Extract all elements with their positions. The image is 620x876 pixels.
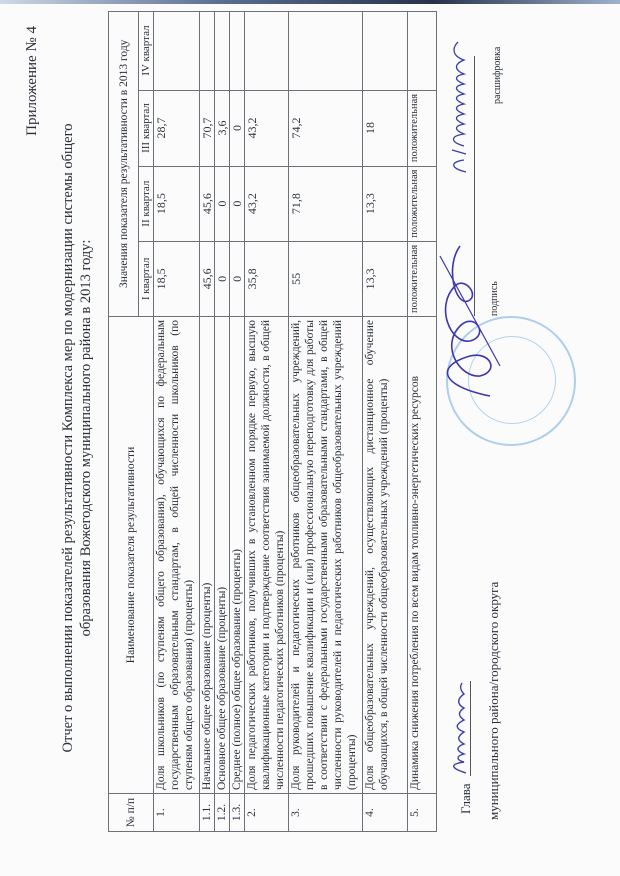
row-q2: 13,3 <box>363 166 408 241</box>
row-name: Доля общеобразовательных учреждений, осу… <box>363 317 408 794</box>
appendix-label: Приложение № 4 <box>24 26 41 176</box>
row-name: Среднее (полное) общее образование (проц… <box>230 317 245 794</box>
table-row: 1.2. Основное общее образование (процент… <box>215 11 230 831</box>
col-header-q1: I квартал <box>139 241 154 316</box>
table-row: 1.1. Начальное общее образование (процен… <box>200 11 215 831</box>
col-header-q4: IV квартал <box>139 11 154 90</box>
row-q2: 45,6 <box>200 166 215 241</box>
signature-icon <box>430 226 510 406</box>
document-page: Приложение № 4 Отчет о выполнении показа… <box>0 0 620 876</box>
row-name: Начальное общее образование (проценты) <box>200 317 215 794</box>
row-q3: 43,2 <box>245 90 289 166</box>
col-header-q2: II квартал <box>139 166 154 241</box>
row-no: 1.3. <box>230 794 245 832</box>
row-q2: 43,2 <box>245 166 289 241</box>
col-header-no: № п/п <box>109 794 154 832</box>
table-row: 5. Динамика снижения потребления по всем… <box>408 11 437 831</box>
row-q1: 13,3 <box>363 241 408 316</box>
row-no: 1. <box>154 794 200 832</box>
signature <box>430 226 515 406</box>
signature-label: подпись <box>489 281 500 316</box>
row-q3: положительная <box>408 90 437 166</box>
indicators-table: № п/п Наименование показателя результати… <box>108 11 437 832</box>
row-name: Доля педагогических работников, получивш… <box>245 317 289 794</box>
row-name: Основное общее образование (проценты) <box>215 317 230 794</box>
row-no: 5. <box>408 794 437 832</box>
row-q3: 70,7 <box>200 90 215 166</box>
row-q4 <box>230 11 245 90</box>
row-q3: 74,2 <box>289 90 363 166</box>
row-q1: 55 <box>289 241 363 316</box>
row-q4 <box>408 11 437 90</box>
table-row: 3. Доля руководителей и педагогических р… <box>289 11 363 831</box>
row-name: Доля школьников (по ступеням общего обра… <box>154 317 200 794</box>
row-q2: 18,5 <box>154 166 200 241</box>
table-row: 1.3. Среднее (полное) общее образование … <box>230 11 245 831</box>
table-row: 1. Доля школьников (по ступеням общего о… <box>154 11 200 831</box>
org-line: муниципального района/городского округа <box>486 582 502 820</box>
table-row: 2. Доля педагогических работников, получ… <box>245 11 289 831</box>
row-no: 3. <box>289 794 363 832</box>
col-header-values: Значения показателя результативности в 2… <box>109 11 139 316</box>
decode-label: расшифровка <box>492 47 503 104</box>
row-no: 1.1. <box>200 794 215 832</box>
col-header-name: Наименование показателя результативности <box>109 317 154 794</box>
handwriting-icon <box>446 681 472 776</box>
decode-handwriting <box>444 36 479 176</box>
row-q3: 0 <box>230 90 245 166</box>
row-q4 <box>363 11 408 90</box>
row-q4 <box>200 11 215 90</box>
head-label: Глава <box>458 783 474 814</box>
row-no: 2. <box>245 794 289 832</box>
row-q4 <box>154 11 200 90</box>
row-q1: 0 <box>215 241 230 316</box>
col-header-q3: III квартал <box>139 90 154 166</box>
table-row: 4. Доля общеобразовательных учреждений, … <box>363 11 408 831</box>
row-q1: 45,6 <box>200 241 215 316</box>
report-title-line2: образования Вожегодского муниципального … <box>78 0 95 876</box>
row-q1: 0 <box>230 241 245 316</box>
row-q2: 0 <box>215 166 230 241</box>
row-q1: 18,5 <box>154 241 200 316</box>
row-q3: 3,6 <box>215 90 230 166</box>
row-name: Доля руководителей и педагогических рабо… <box>289 317 363 794</box>
row-q3: 18 <box>363 90 408 166</box>
head-handwriting <box>446 681 471 776</box>
row-no: 1.2. <box>215 794 230 832</box>
row-q3: 28,7 <box>154 90 200 166</box>
row-q4 <box>245 11 289 90</box>
row-q2: 0 <box>230 166 245 241</box>
row-no: 4. <box>363 794 408 832</box>
report-title-line1: Отчет о выполнении показателей результат… <box>60 0 77 876</box>
handwriting-icon <box>444 36 474 176</box>
row-q4 <box>289 11 363 90</box>
row-q2: 71,8 <box>289 166 363 241</box>
row-q1: 35,8 <box>245 241 289 316</box>
row-q4 <box>215 11 230 90</box>
